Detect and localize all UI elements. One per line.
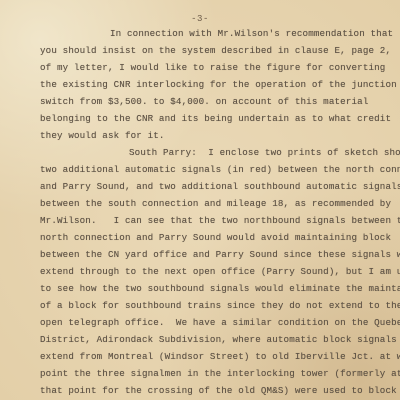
text-line: of my letter, I would like to raise the …	[40, 62, 385, 73]
text-line: to see how the two southbound signals wo…	[40, 283, 400, 294]
text-line: extend from Montreal (Windsor Street) to…	[40, 351, 400, 362]
text-line: between the south connection and mileage…	[40, 198, 391, 209]
text-line: District, Adirondack Subdivision, where …	[40, 334, 397, 345]
text-line: extend through to the next open office (…	[40, 266, 400, 277]
text-line: of a block for southbound trains since t…	[40, 300, 400, 311]
text-line: belonging to the CNR and its being under…	[40, 113, 391, 124]
text-line: open telegraph office. We have a similar…	[40, 317, 400, 328]
text-line: north connection and Parry Sound would a…	[40, 232, 391, 243]
text-line: South Parry: I enclose two prints of ske…	[129, 147, 400, 158]
text-line: the existing CNR interlocking for the op…	[40, 79, 397, 90]
text-line: you should insist on the system describe…	[40, 45, 391, 56]
text-line: point the three signalmen in the interlo…	[40, 368, 400, 379]
text-line: switch from $3,500. to $4,000. on accoun…	[40, 96, 368, 107]
text-line: Mr.Wilson. I can see that the two northb…	[40, 215, 400, 226]
text-line: they would ask for it.	[40, 130, 165, 141]
text-line: In connection with Mr.Wilson's recommend…	[110, 28, 393, 39]
text-line: that point for the crossing of the old Q…	[40, 385, 397, 396]
page-number: -3-	[0, 14, 400, 24]
text-line: two additional automatic signals (in red…	[40, 164, 400, 175]
text-line: between the CN yard office and Parry Sou…	[40, 249, 400, 260]
text-line: and Parry Sound, and two additional sout…	[40, 181, 400, 192]
